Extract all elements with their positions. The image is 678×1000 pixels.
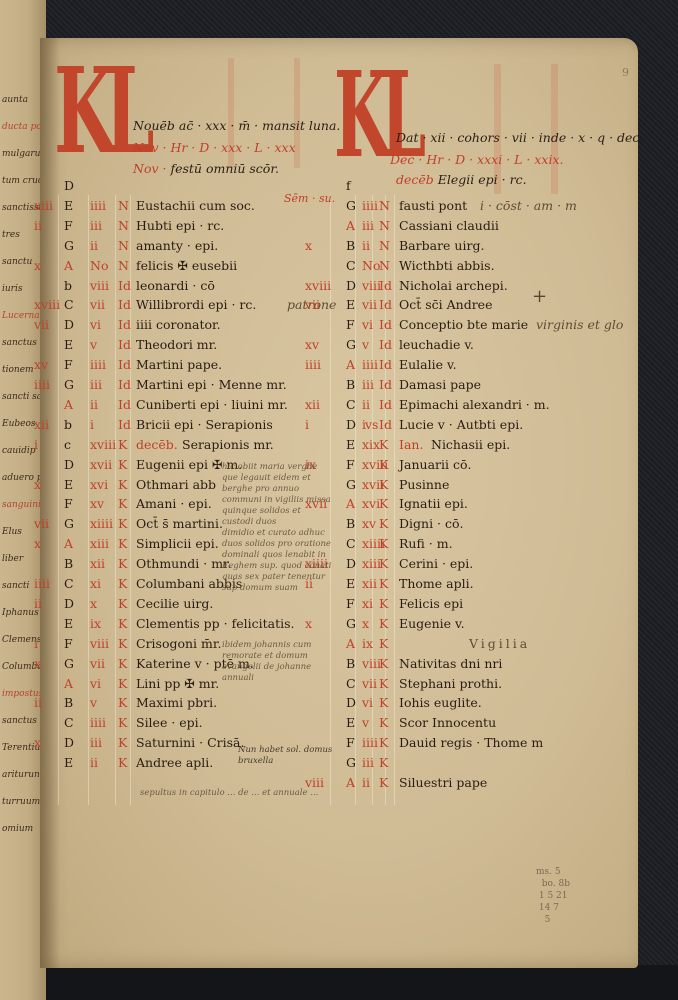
dominical-letter: G bbox=[64, 516, 74, 531]
dominical-letter: B bbox=[346, 238, 355, 253]
dominical-letter: B bbox=[64, 695, 73, 710]
golden-number: x bbox=[34, 477, 41, 492]
kalends-nones-ides: N bbox=[379, 198, 390, 213]
feast-entry: Scor Innocentu bbox=[399, 715, 496, 730]
feast-entry: Martini pape. bbox=[136, 357, 222, 372]
roman-day-count: vii bbox=[90, 656, 105, 671]
feast-entry: Siluestri pape bbox=[399, 775, 487, 790]
feast-entry: Januarii cō. bbox=[399, 457, 471, 472]
feast-entry: Hubti epi · rc. bbox=[136, 218, 224, 233]
golden-number: xii bbox=[305, 397, 320, 412]
ruling-line bbox=[88, 195, 89, 805]
december-header-line-3: decēb Elegii epi · rc. bbox=[396, 172, 527, 187]
dominical-letter: E bbox=[346, 715, 355, 730]
roman-day-count: iiii bbox=[90, 715, 106, 730]
kalends-nones-ides: Id bbox=[118, 417, 131, 432]
dominical-letter: b bbox=[64, 417, 72, 432]
dominical-letter: E bbox=[64, 337, 73, 352]
facing-page-text: cauidip bbox=[2, 446, 35, 456]
roman-day-count: xiii bbox=[90, 536, 109, 551]
feast-entry: Willibrordi epi · rc. bbox=[136, 297, 256, 312]
roman-day-count: iii bbox=[90, 377, 102, 392]
roman-day-count: iiii bbox=[362, 357, 378, 372]
facing-page-text: liber bbox=[2, 554, 23, 564]
kalends-nones-ides: N bbox=[118, 218, 129, 233]
facing-page-text: tres bbox=[2, 230, 20, 240]
golden-number: x bbox=[34, 536, 41, 551]
feast-entry: Theodori mr. bbox=[136, 337, 217, 352]
december-header-line-2: Dec · Hr · D · xxxi · L · xxix. bbox=[390, 152, 564, 167]
feast-entry: amanty · epi. bbox=[136, 238, 218, 253]
kalends-nones-ides: K bbox=[118, 755, 127, 770]
kalends-nones-ides: K bbox=[379, 457, 388, 472]
kalends-nones-ides: K bbox=[379, 437, 388, 452]
kalends-nones-ides: Id bbox=[118, 317, 131, 332]
golden-number: xiii bbox=[34, 198, 53, 213]
roman-day-count: vii bbox=[362, 297, 377, 312]
feast-entry: Saturnini · Crisā. bbox=[136, 735, 244, 750]
dominical-letter: B bbox=[346, 656, 355, 671]
dominical-letter: c bbox=[64, 437, 71, 452]
dominical-letter: D bbox=[346, 556, 356, 571]
dominical-letter: C bbox=[64, 715, 74, 730]
kalends-nones-ides: K bbox=[379, 775, 388, 790]
dominical-letter: E bbox=[346, 437, 355, 452]
golden-number: x bbox=[305, 616, 312, 631]
facing-page-text: mulgaru bbox=[2, 149, 40, 159]
kalends-nones-ides: Id bbox=[118, 377, 131, 392]
bottom-shadow bbox=[0, 965, 678, 1000]
feast-entry: Cerini · epi. bbox=[399, 556, 473, 571]
feast-entry: Pusinne bbox=[399, 477, 449, 492]
kalends-nones-ides: K bbox=[118, 715, 127, 730]
roman-day-count: iii bbox=[90, 218, 102, 233]
kalends-nones-ides: K bbox=[118, 516, 127, 531]
roman-day-count: xvii bbox=[90, 457, 112, 472]
kalends-nones-ides: Id bbox=[379, 278, 392, 293]
dominical-letter: B bbox=[346, 377, 355, 392]
cross-mark: + bbox=[532, 286, 547, 307]
facing-page-text: turruum bbox=[2, 797, 40, 807]
roman-day-count: xv bbox=[362, 516, 376, 531]
golden-number: vii bbox=[34, 317, 49, 332]
kalends-nones-ides: K bbox=[379, 755, 388, 770]
roman-day-count: ii bbox=[90, 755, 98, 770]
extra-mark: vs bbox=[365, 417, 378, 432]
kalends-nones-ides: K bbox=[118, 596, 127, 611]
facing-page-text: omium bbox=[2, 824, 33, 834]
dominical-letter: F bbox=[64, 496, 73, 511]
november-header-feast: festū omniū scōr. bbox=[166, 161, 278, 176]
feast-entry: Martini epi · Menne mr. bbox=[136, 377, 287, 392]
roman-day-count: x bbox=[90, 596, 97, 611]
roman-day-count: iii bbox=[362, 218, 374, 233]
kalends-nones-ides: N bbox=[118, 198, 129, 213]
facing-page-text: sanctu bbox=[2, 257, 32, 267]
feast-entry: Iohis euglite. bbox=[399, 695, 482, 710]
dominical-letter: F bbox=[346, 317, 355, 332]
november-kl-initial: KL bbox=[54, 52, 144, 170]
roman-day-count: vi bbox=[90, 317, 101, 332]
feast-entry: Stephani prothi. bbox=[399, 676, 502, 691]
ruling-line bbox=[394, 195, 395, 805]
dominical-letter: G bbox=[346, 477, 356, 492]
kalends-nones-ides: K bbox=[379, 496, 388, 511]
kalends-nones-ides: Id bbox=[118, 278, 131, 293]
month-marker: decēb. bbox=[136, 437, 178, 452]
roman-day-count: No bbox=[362, 258, 380, 273]
roman-day-count: xii bbox=[90, 556, 105, 571]
feast-entry: Eugenie v. bbox=[399, 616, 465, 631]
golden-number: x bbox=[34, 258, 41, 273]
kalends-nones-ides: K bbox=[379, 576, 388, 591]
feast-entry: Simplicii epi. bbox=[136, 536, 219, 551]
marginal-gloss: ibidem johannis cum remorate et domum ev… bbox=[222, 640, 337, 684]
roman-day-count: xix bbox=[362, 437, 380, 452]
roman-day-count: xvi bbox=[362, 496, 380, 511]
december-row-prefix: Sēm · su. bbox=[284, 192, 335, 205]
kalends-nones-ides: K bbox=[118, 676, 127, 691]
feast-entry: Serapionis mr. bbox=[182, 437, 274, 452]
feast-entry: Wicthbti abbis. bbox=[399, 258, 495, 273]
roman-day-count: vi bbox=[362, 317, 373, 332]
feast-entry: Oct̄ s̄ martini. bbox=[136, 516, 223, 531]
roman-day-count: xviii bbox=[90, 437, 116, 452]
roman-day-count: xi bbox=[362, 596, 373, 611]
dominical-letter: D bbox=[64, 317, 74, 332]
roman-day-count: iiii bbox=[90, 357, 106, 372]
facing-page-text: sanctus bbox=[2, 338, 37, 348]
marginal-gloss: Nun habet sol. domus bruxella bbox=[238, 745, 358, 767]
kalends-nones-ides: K bbox=[379, 715, 388, 730]
dominical-letter: D bbox=[346, 417, 356, 432]
feast-entry: Andree apli. bbox=[136, 755, 213, 770]
golden-number: vii bbox=[34, 516, 49, 531]
golden-number: xv bbox=[305, 337, 319, 352]
roman-day-count: ix bbox=[362, 636, 373, 651]
roman-day-count: vi bbox=[90, 676, 101, 691]
dominical-letter: D bbox=[346, 695, 356, 710]
feast-entry: Felicis epi bbox=[399, 596, 463, 611]
feast-entry: iiii coronator. bbox=[136, 317, 221, 332]
dominical-letter: E bbox=[64, 755, 73, 770]
november-header-line-2: Nov · Hr · D · xxx · L · xxx bbox=[133, 140, 296, 155]
dominical-letter: C bbox=[64, 576, 74, 591]
golden-number: i bbox=[34, 636, 38, 651]
feast-entry: Lini pp ✠ mr. bbox=[136, 676, 219, 691]
kalends-nones-ides: K bbox=[379, 536, 388, 551]
dominical-letter: G bbox=[346, 198, 356, 213]
kalends-nones-ides: K bbox=[118, 477, 127, 492]
facing-page-text: iuris bbox=[2, 284, 22, 294]
feast-entry: Crisogoni m̄r. bbox=[136, 636, 221, 651]
roman-day-count: viii bbox=[90, 278, 109, 293]
kalends-nones-ides: K bbox=[379, 516, 388, 531]
ruling-line bbox=[58, 195, 59, 805]
roman-day-count: iiii bbox=[90, 198, 106, 213]
dominical-letter: D bbox=[64, 457, 74, 472]
later-addition: virginis et glo bbox=[536, 317, 623, 332]
kalends-nones-ides: Id bbox=[118, 397, 131, 412]
feast-entry: Rufi · m. bbox=[399, 536, 453, 551]
facing-page-text: sancti bbox=[2, 581, 29, 591]
feast-entry: Othmundi · mr. bbox=[136, 556, 232, 571]
golden-number: ii bbox=[34, 695, 42, 710]
roman-day-count: v bbox=[90, 695, 97, 710]
kalends-nones-ides: K bbox=[379, 477, 388, 492]
dominical-letter: E bbox=[346, 297, 355, 312]
dominical-letter: A bbox=[346, 357, 355, 372]
roman-day-count: iii bbox=[90, 735, 102, 750]
dominical-letter: F bbox=[346, 457, 355, 472]
dominical-letter: f bbox=[346, 178, 351, 193]
kalends-nones-ides: K bbox=[118, 636, 127, 651]
feast-entry: Nicholai archepi. bbox=[399, 278, 508, 293]
dominical-letter: C bbox=[64, 297, 74, 312]
dominical-letter: G bbox=[64, 238, 74, 253]
feast-entry: felicis ✠ eusebii bbox=[136, 258, 237, 273]
kalends-nones-ides: Id bbox=[379, 297, 392, 312]
golden-number: ii bbox=[34, 218, 42, 233]
kalends-nones-ides: N bbox=[118, 258, 129, 273]
dominical-letter: C bbox=[346, 676, 356, 691]
kalends-nones-ides: Id bbox=[118, 357, 131, 372]
feast-entry: Conceptio bte marie bbox=[399, 317, 528, 332]
roman-day-count: v bbox=[362, 337, 369, 352]
dominical-letter: C bbox=[346, 536, 356, 551]
roman-day-count: xii bbox=[362, 576, 377, 591]
feast-entry: leuchadie v. bbox=[399, 337, 474, 352]
folio-number: 9 bbox=[622, 66, 629, 79]
roman-day-count: x bbox=[362, 616, 369, 631]
kalends-nones-ides: K bbox=[118, 437, 127, 452]
kalends-nones-ides: K bbox=[118, 695, 127, 710]
dominical-letter: C bbox=[346, 397, 356, 412]
dominical-letter: D bbox=[64, 178, 74, 193]
dominical-letter: A bbox=[346, 218, 355, 233]
feast-entry: Maximi pbri. bbox=[136, 695, 217, 710]
marginal-gloss: sepultus in capitulo ... de ... et annua… bbox=[140, 788, 370, 799]
kalends-nones-ides: K bbox=[118, 616, 127, 631]
facing-page-text: sanguini bbox=[2, 500, 41, 510]
december-header-feast: Elegii epi · rc. bbox=[434, 172, 527, 187]
roman-day-count: iiii bbox=[362, 198, 378, 213]
feast-entry: Eulalie v. bbox=[399, 357, 457, 372]
golden-number: i bbox=[34, 437, 38, 452]
marginal-gloss: dimidio et curato adhuc duos solidos pro… bbox=[222, 528, 334, 594]
golden-number: x bbox=[34, 735, 41, 750]
kalends-nones-ides: N bbox=[379, 238, 390, 253]
feast-entry: Dauid regis · Thome m bbox=[399, 735, 543, 750]
dominical-letter: E bbox=[64, 477, 73, 492]
roman-day-count: viii bbox=[90, 636, 109, 651]
dominical-letter: F bbox=[346, 596, 355, 611]
kalends-nones-ides: Id bbox=[379, 337, 392, 352]
november-header-month: Nov · bbox=[133, 161, 166, 176]
feast-entry: Clementis pp · felicitatis. bbox=[136, 616, 295, 631]
marginal-gloss: hic obiit maria verghe que legauit eidem… bbox=[222, 462, 332, 528]
kalends-nones-ides: K bbox=[118, 556, 127, 571]
feast-entry: Cecilie uirg. bbox=[136, 596, 213, 611]
dominical-letter: D bbox=[346, 278, 356, 293]
dominical-letter: A bbox=[346, 636, 355, 651]
facing-page-text: Elus bbox=[2, 527, 22, 537]
kalends-nones-ides: K bbox=[379, 735, 388, 750]
roman-day-count: xvi bbox=[90, 477, 108, 492]
feast-entry: Amani · epi. bbox=[136, 496, 212, 511]
roman-day-count: iii bbox=[362, 755, 374, 770]
roman-day-count: ii bbox=[90, 397, 98, 412]
kalends-nones-ides: Id bbox=[379, 417, 392, 432]
dominical-letter: G bbox=[64, 656, 74, 671]
facing-page-text: aunta bbox=[2, 95, 28, 105]
december-header-line-1: Dat · xii · cohors · vii · inde · x · q … bbox=[396, 130, 643, 145]
roman-day-count: xiiii bbox=[90, 516, 113, 531]
pencil-shelfmark-note: ms. 5 bo. 8b 1 5 21 14 7 5 bbox=[536, 866, 570, 926]
dominical-letter: F bbox=[64, 636, 73, 651]
kalends-nones-ides: K bbox=[118, 496, 127, 511]
feast-entry: Nativitas dni nri bbox=[399, 656, 502, 671]
feast-entry: Thome apli. bbox=[399, 576, 474, 591]
later-addition: i · cōst · am · m bbox=[480, 198, 577, 213]
roman-day-count: ii bbox=[90, 238, 98, 253]
december-header-month: decēb bbox=[396, 172, 434, 187]
dominical-letter: A bbox=[346, 496, 355, 511]
kalends-nones-ides: Id bbox=[379, 357, 392, 372]
dominical-letter: G bbox=[64, 377, 74, 392]
feast-entry: leonardi · cō bbox=[136, 278, 215, 293]
dominical-letter: A bbox=[64, 397, 73, 412]
kalends-nones-ides: K bbox=[118, 656, 127, 671]
kalends-nones-ides: K bbox=[118, 576, 127, 591]
roman-day-count: iiii bbox=[362, 735, 378, 750]
kalends-nones-ides: K bbox=[379, 556, 388, 571]
dominical-letter: E bbox=[64, 616, 73, 631]
kalends-nones-ides: K bbox=[379, 695, 388, 710]
roman-day-count: xv bbox=[90, 496, 104, 511]
kalends-nones-ides: K bbox=[379, 656, 388, 671]
kalends-nones-ides: K bbox=[379, 596, 388, 611]
roman-day-count: No bbox=[90, 258, 108, 273]
kalends-nones-ides: K bbox=[379, 616, 388, 631]
dominical-letter: F bbox=[64, 218, 73, 233]
golden-number: xviii bbox=[34, 297, 60, 312]
dominical-letter: B bbox=[64, 556, 73, 571]
feast-entry: Damasi pape bbox=[399, 377, 481, 392]
kalends-nones-ides: K bbox=[118, 536, 127, 551]
dominical-letter: B bbox=[346, 516, 355, 531]
feast-entry: Silee · epi. bbox=[136, 715, 203, 730]
facing-page-text: tionem bbox=[2, 365, 34, 375]
roman-day-count: vi bbox=[362, 695, 373, 710]
golden-number: xv bbox=[34, 357, 48, 372]
dominical-letter: D bbox=[64, 735, 74, 750]
feast-entry: fausti pont bbox=[399, 198, 467, 213]
golden-number: x bbox=[34, 656, 41, 671]
feast-entry: Othmari abb bbox=[136, 477, 216, 492]
roman-day-count: v bbox=[90, 337, 97, 352]
november-header-line-1: Nouēb ac̄ · xxx · m̄ · mansit luna. bbox=[133, 118, 340, 133]
kalends-nones-ides: N bbox=[379, 218, 390, 233]
feast-entry: Ignatii epi. bbox=[399, 496, 468, 511]
november-header-line-3: Nov · festū omniū scōr. bbox=[133, 161, 279, 176]
kalends-nones-ides: Id bbox=[379, 377, 392, 392]
kalends-nones-ides: Id bbox=[379, 317, 392, 332]
kalends-nones-ides: Id bbox=[379, 397, 392, 412]
kalends-nones-ides: K bbox=[118, 735, 127, 750]
roman-day-count: ii bbox=[362, 397, 370, 412]
dominical-letter: A bbox=[64, 676, 73, 691]
kalends-nones-ides: Id bbox=[118, 337, 131, 352]
golden-number: x bbox=[305, 238, 312, 253]
golden-number: iiii bbox=[34, 576, 50, 591]
dominical-letter: A bbox=[64, 536, 73, 551]
kalends-nones-ides: Id bbox=[118, 297, 131, 312]
dominical-letter: G bbox=[346, 337, 356, 352]
facing-page-text: sanctus bbox=[2, 716, 37, 726]
feast-entry: Bricii epi · Serapionis bbox=[136, 417, 273, 432]
golden-number: iiii bbox=[34, 377, 50, 392]
dominical-letter: D bbox=[64, 596, 74, 611]
facing-page-text: Eubeos bbox=[2, 419, 36, 429]
dominical-letter: E bbox=[64, 198, 73, 213]
golden-number: i bbox=[305, 417, 309, 432]
roman-day-count: i bbox=[90, 417, 94, 432]
golden-number: xviii bbox=[305, 278, 331, 293]
feast-entry: Oct̄ sc̄i Andree bbox=[399, 297, 492, 312]
roman-day-count: iii bbox=[362, 377, 374, 392]
roman-day-count: v bbox=[362, 715, 369, 730]
dominical-letter: F bbox=[64, 357, 73, 372]
golden-number: xii bbox=[34, 417, 49, 432]
roman-day-count: ix bbox=[90, 616, 101, 631]
feast-entry: Epimachi alexandri · m. bbox=[399, 397, 550, 412]
feast-entry: Cuniberti epi · liuini mr. bbox=[136, 397, 288, 412]
dominical-letter: b bbox=[64, 278, 72, 293]
dominical-letter: A bbox=[64, 258, 73, 273]
feast-entry: Vigilia bbox=[469, 636, 530, 651]
kalends-nones-ides: K bbox=[118, 457, 127, 472]
kalends-nones-ides: N bbox=[118, 238, 129, 253]
feast-entry: Eustachii cum soc. bbox=[136, 198, 255, 213]
feast-entry: Nichasii epi. bbox=[431, 437, 510, 452]
roman-day-count: vii bbox=[90, 297, 105, 312]
roman-day-count: vii bbox=[362, 676, 377, 691]
kalends-nones-ides: K bbox=[379, 636, 388, 651]
month-marker: Ian. bbox=[399, 437, 423, 452]
roman-day-count: ii bbox=[362, 238, 370, 253]
golden-number: ii bbox=[34, 596, 42, 611]
golden-number: iiii bbox=[305, 357, 321, 372]
kalends-nones-ides: K bbox=[379, 676, 388, 691]
feast-entry: Lucie v · Autbti epi. bbox=[399, 417, 523, 432]
kalends-nones-ides: N bbox=[379, 258, 390, 273]
dominical-letter: G bbox=[346, 616, 356, 631]
golden-number: vii bbox=[305, 297, 320, 312]
roman-day-count: xi bbox=[90, 576, 101, 591]
feast-entry: Barbare uirg. bbox=[399, 238, 484, 253]
dominical-letter: C bbox=[346, 258, 356, 273]
ruling-line bbox=[115, 195, 116, 805]
dominical-letter: E bbox=[346, 576, 355, 591]
feast-entry: Cassiani claudii bbox=[399, 218, 499, 233]
feast-entry: Digni · cō. bbox=[399, 516, 464, 531]
